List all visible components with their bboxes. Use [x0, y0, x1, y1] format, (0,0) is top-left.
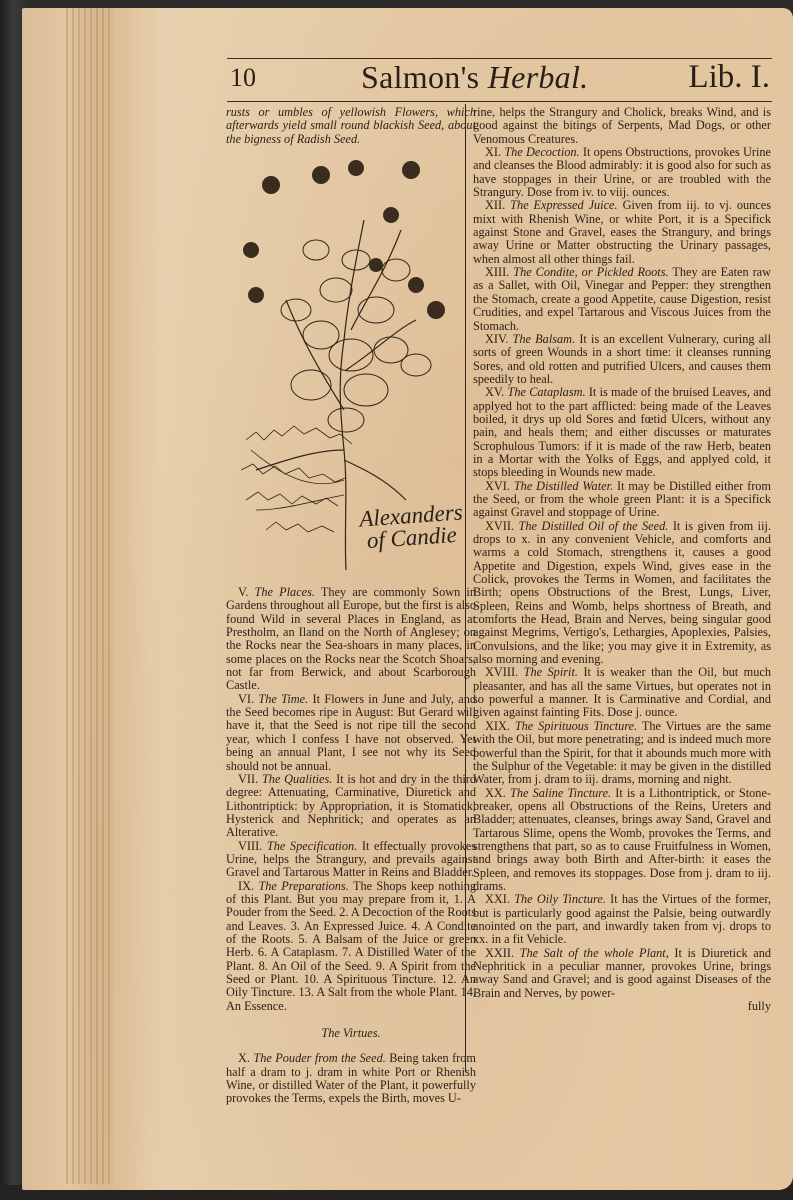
left-column: rusts or umbles of yellowish Flowers, wh…: [226, 106, 476, 1106]
section-xx: XX. The Saline Tincture. It is a Lithont…: [473, 787, 771, 894]
plant-figure: Alexanders of Candie: [226, 150, 476, 580]
section-vii: VII. The Qualities. It is hot and dry in…: [226, 773, 476, 840]
virtues-heading: The Virtues.: [226, 1027, 476, 1040]
section-xi: XI. The Decoction. It opens Obstructions…: [473, 146, 771, 199]
book-number: Lib. I.: [688, 59, 770, 96]
section-xvi: XVI. The Distilled Water. It may be Dist…: [473, 480, 771, 520]
page-gutter-edges: [66, 8, 114, 1184]
title-italic: Herbal.: [488, 59, 589, 95]
figure-caption: Alexanders of Candie: [359, 501, 465, 552]
catchword: fully: [473, 1000, 771, 1013]
section-xxii: XXII. The Salt of the whole Plant, It is…: [473, 947, 771, 1000]
section-xv: XV. The Cataplasm. It is made of the bru…: [473, 386, 771, 479]
section-xix: XIX. The Spirituous Tincture. The Virtue…: [473, 720, 771, 787]
page-number: 10: [230, 63, 256, 93]
running-title: Salmon's Herbal.: [361, 59, 588, 96]
section-xxi: XXI. The Oily Tincture. It has the Virtu…: [473, 893, 771, 946]
section-xvii: XVII. The Distilled Oil of the Seed. It …: [473, 520, 771, 667]
section-xiii: XIII. The Condite, or Pickled Roots. The…: [473, 266, 771, 333]
section-xviii: XVIII. The Spirit. It is weaker than the…: [473, 666, 771, 719]
section-vi: VI. The Time. It Flowers in June and Jul…: [226, 693, 476, 773]
title-roman: Salmon's: [361, 59, 479, 95]
section-viii: VIII. The Specification. It effectually …: [226, 840, 476, 880]
section-ix: IX. The Preparations. The Shops keep not…: [226, 880, 476, 1013]
right-column: rine, helps the Strangury and Cholick, b…: [473, 106, 771, 1013]
running-header: 10 Salmon's Herbal. Lib. I.: [227, 58, 772, 102]
section-xiv: XIV. The Balsam. It is an excellent Vuln…: [473, 333, 771, 386]
continuation-paragraph: rine, helps the Strangury and Cholick, b…: [473, 106, 771, 146]
section-xii: XII. The Expressed Juice. Given from iij…: [473, 199, 771, 266]
section-x: X. The Pouder from the Seed. Being taken…: [226, 1052, 476, 1105]
intro-paragraph: rusts or umbles of yellowish Flowers, wh…: [226, 106, 476, 146]
section-v: V. The Places. They are commonly Sown in…: [226, 586, 476, 693]
